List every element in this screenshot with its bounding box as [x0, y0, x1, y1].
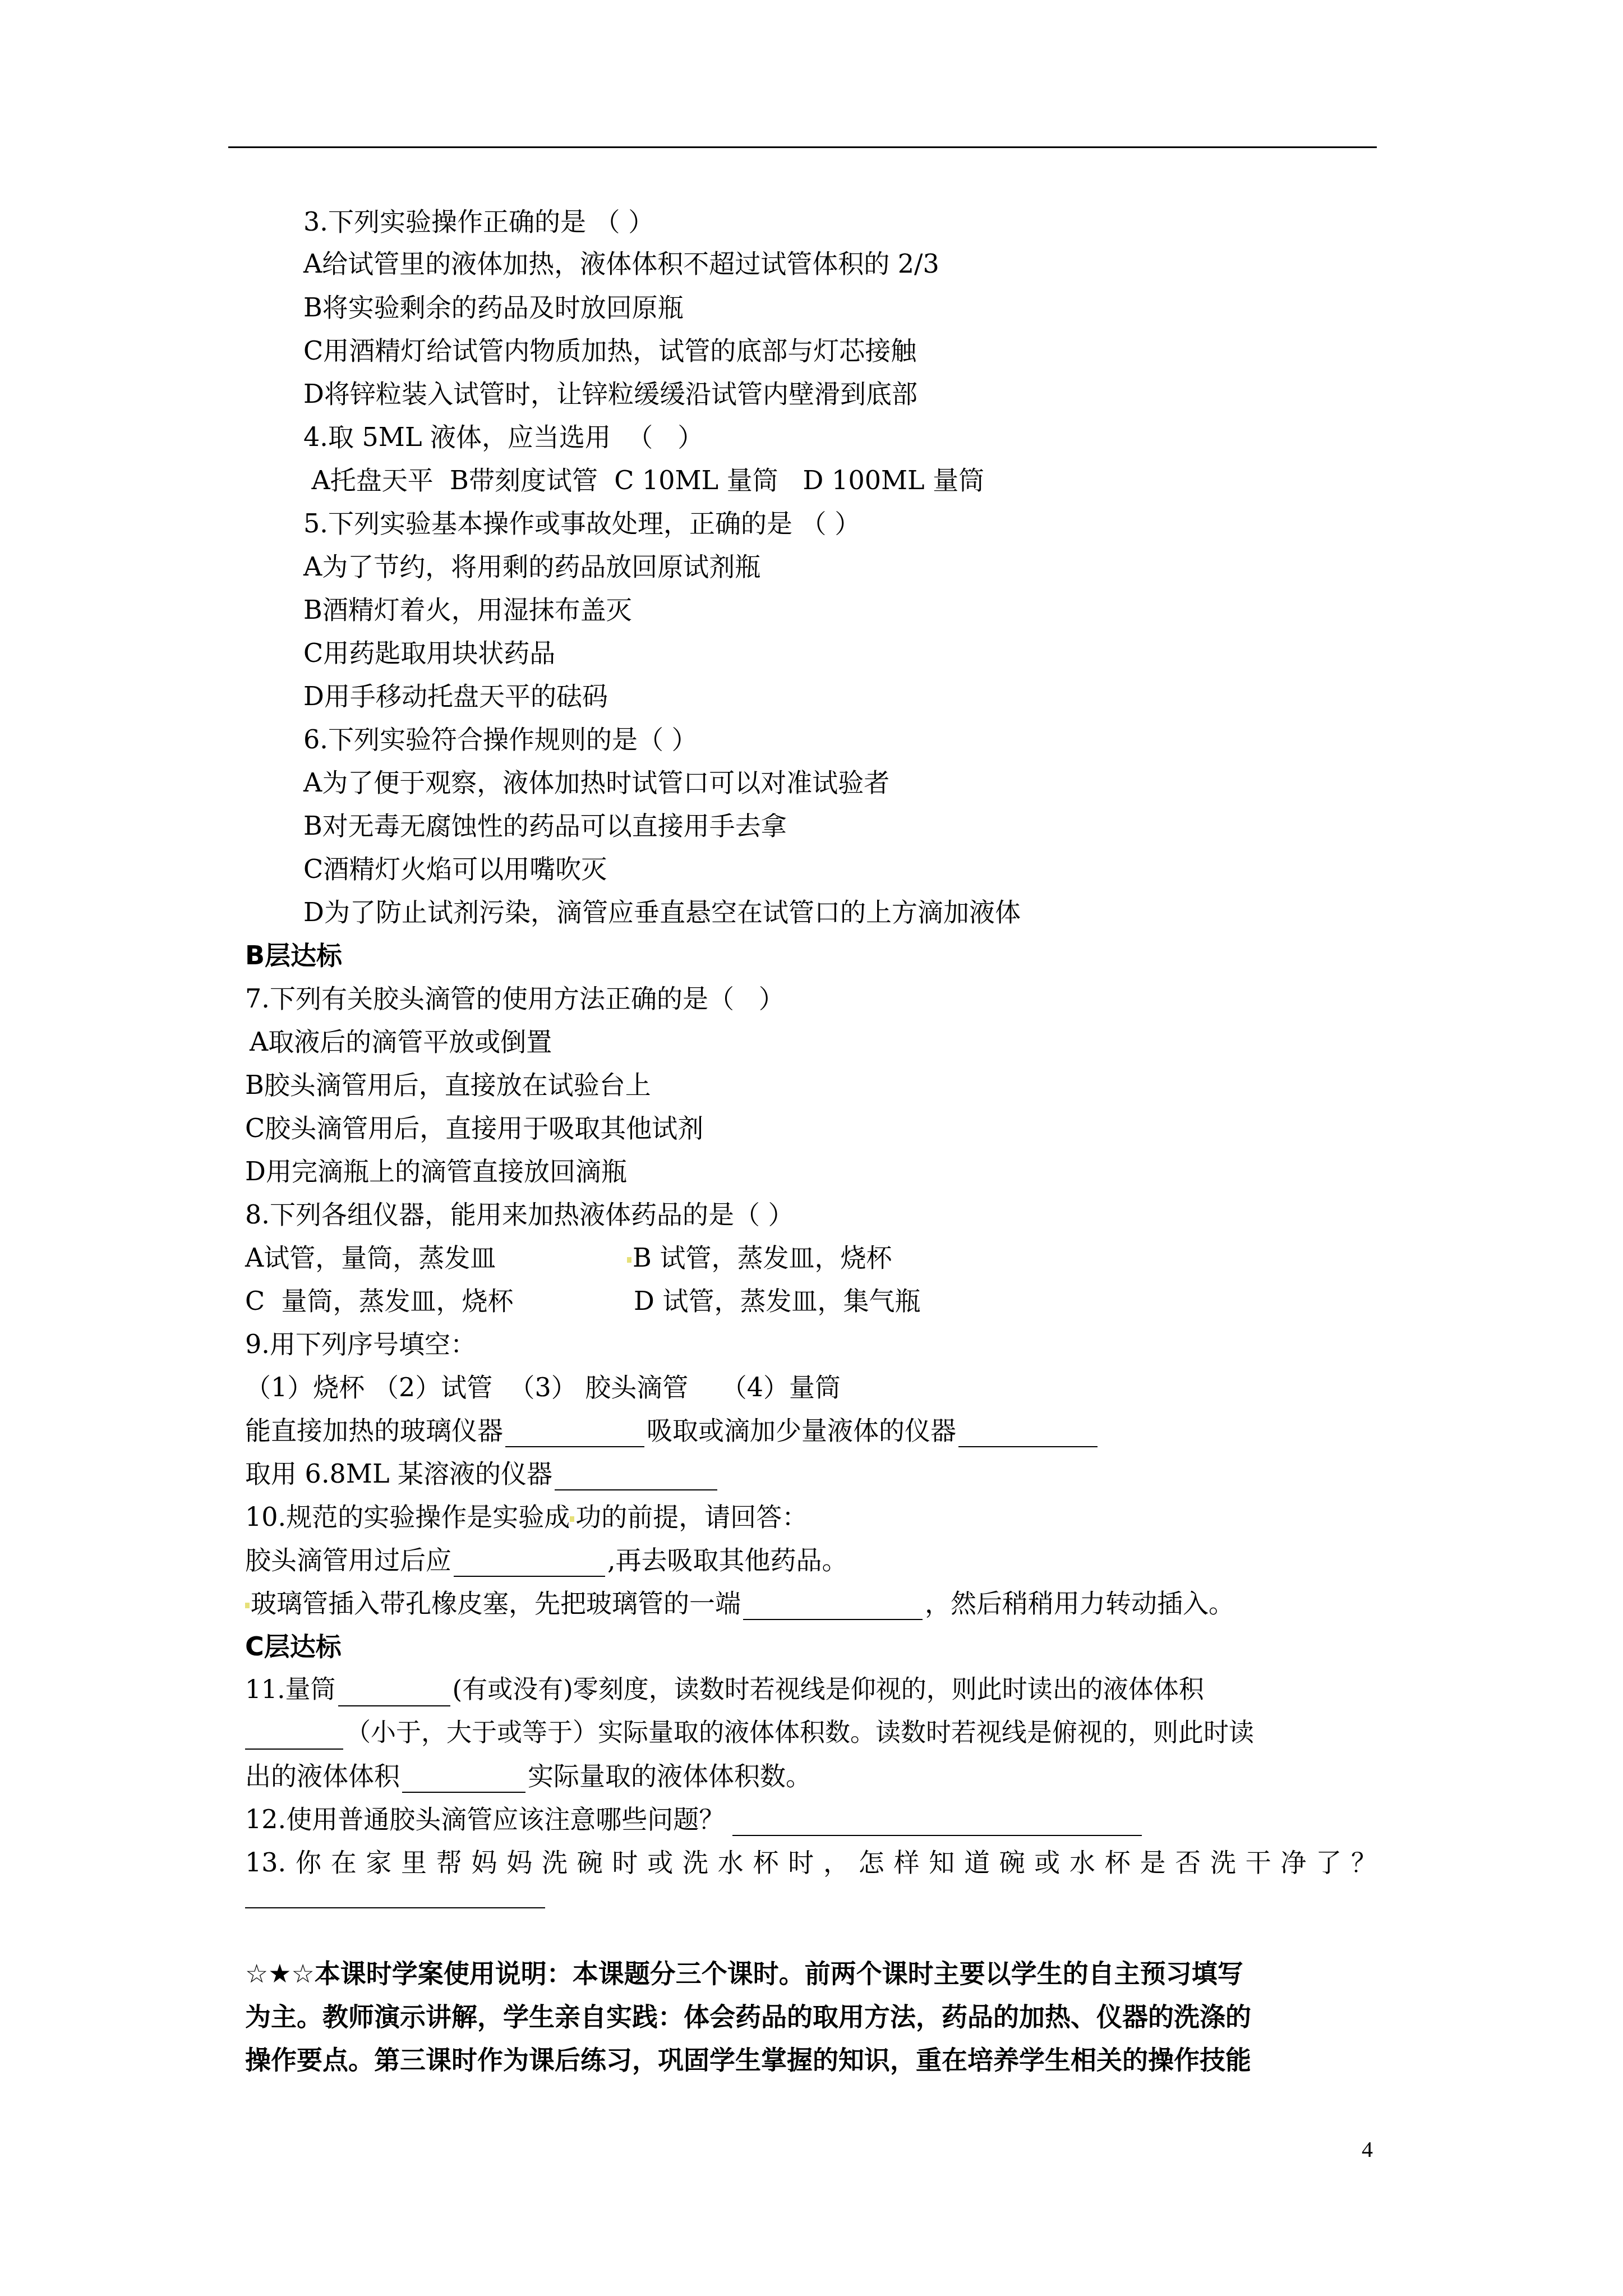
q10-stem-part-b: 功的前提，请回答：	[575, 1502, 808, 1532]
question-9-line-1: 能直接加热的玻璃仪器吸取或滴加少量液体的仪器	[245, 1414, 1100, 1447]
question-8-option-c: C 量筒，蒸发皿，烧杯	[245, 1284, 513, 1318]
answer-blank[interactable]	[732, 1810, 1142, 1836]
comment-marker-icon	[570, 1516, 574, 1522]
question-7-option-c: C胶头滴管用后，直接用于吸取其他试剂	[245, 1111, 703, 1145]
q10-prompt-a: 胶头滴管用过后应	[245, 1545, 451, 1575]
q9-prompt-dropper: 吸取或滴加少量液体的仪器	[647, 1415, 956, 1446]
question-3-option-b: B将实验剩余的药品及时放回原瓶	[303, 291, 684, 324]
section-heading-b: B层达标	[245, 938, 342, 972]
q10-prompt-c: 玻璃管插入带孔橡皮塞，先把玻璃管的一端	[251, 1588, 741, 1618]
q11-text-b: (有或没有)零刻度，读数时若视线是仰视的，则此时读出的液体体积	[453, 1674, 1204, 1704]
q11-text-e: 实际量取的液体体积数。	[528, 1761, 811, 1791]
question-10-line-1: 胶头滴管用过后应,再去吸取其他药品。	[245, 1543, 848, 1577]
question-7-option-b: B胶头滴管用后，直接放在试验台上	[245, 1068, 651, 1102]
question-4-options: A托盘天平 B带刻度试管 C 10ML 量筒 D 100ML 量筒	[303, 463, 984, 497]
answer-blank[interactable]	[402, 1767, 525, 1793]
question-13-stem: 13.你在家里帮妈妈洗碗时或洗水杯时，怎样知道碗或水杯是否洗干净了？	[245, 1846, 1377, 1879]
q12-stem: 12.使用普通胶头滴管应该注意哪些问题？	[245, 1804, 725, 1834]
answer-blank[interactable]	[555, 1465, 717, 1490]
comment-marker-icon	[627, 1257, 631, 1263]
question-5-option-c: C用药匙取用块状药品	[303, 636, 555, 670]
q9-prompt-measure: 取用 6.8ML 某溶液的仪器	[245, 1458, 552, 1489]
question-8-option-b: B 试管，蒸发皿，烧杯	[627, 1241, 892, 1274]
usage-note-line-3: 操作要点。第三课时作为课后练习，巩固学生掌握的知识，重在培养学生相关的操作技能	[245, 2043, 1251, 2077]
question-6-option-c: C酒精灯火焰可以用嘴吹灭	[303, 852, 607, 886]
q10-prompt-d: ，然后稍稍用力转动插入。	[925, 1588, 1234, 1618]
answer-blank[interactable]	[338, 1681, 450, 1706]
answer-blank[interactable]	[958, 1421, 1098, 1447]
question-7-option-d: D用完滴瓶上的滴管直接放回滴瓶	[245, 1154, 627, 1188]
q11-text-a: 11.量筒	[245, 1674, 336, 1704]
question-6-option-b: B对无毒无腐蚀性的药品可以直接用手去拿	[303, 809, 787, 843]
section-heading-c: C层达标	[245, 1630, 342, 1663]
question-9-stem: 9.用下列序号填空：	[245, 1327, 476, 1361]
q11-text-d: 出的液体体积	[245, 1761, 400, 1791]
answer-blank[interactable]	[245, 1724, 343, 1750]
question-6-option-d: D为了防止试剂污染，滴管应垂直悬空在试管口的上方滴加液体	[303, 895, 1021, 929]
header-rule	[228, 146, 1377, 148]
question-12: 12.使用普通胶头滴管应该注意哪些问题？	[245, 1802, 1144, 1836]
question-5-option-a: A为了节约，将用剩的药品放回原试剂瓶	[303, 550, 760, 583]
question-5-option-b: B酒精灯着火，用湿抹布盖灭	[303, 593, 632, 627]
q10-stem-part-a: 10.规范的实验操作是实验成	[245, 1502, 570, 1532]
question-7-stem: 7.下列有关胶头滴管的使用方法正确的是（ ）	[245, 982, 785, 1015]
q9-prompt-heatable: 能直接加热的玻璃仪器	[245, 1415, 503, 1446]
question-7-option-a: A取液后的滴管平放或倒置	[250, 1025, 552, 1059]
question-8-option-a: A试管，量筒，蒸发皿	[245, 1241, 496, 1274]
comment-marker-icon	[245, 1603, 250, 1608]
answer-blank[interactable]	[245, 1907, 545, 1908]
question-10-line-2: 玻璃管插入带孔橡皮塞，先把玻璃管的一端，然后稍稍用力转动插入。	[245, 1586, 1234, 1620]
q10-prompt-b: ,再去吸取其他药品。	[607, 1545, 848, 1575]
question-3-option-c: C用酒精灯给试管内物质加热，试管的底部与灯芯接触	[303, 334, 916, 367]
question-6-stem: 6.下列实验符合操作规则的是（ ）	[303, 723, 698, 756]
page-number: 4	[1362, 2136, 1373, 2162]
question-9-items: （1）烧杯 （2）试管 （3） 胶头滴管 （4）量筒	[245, 1370, 841, 1404]
question-3-stem: 3.下列实验操作正确的是 （ ）	[303, 205, 654, 238]
question-11-line-2: （小于，大于或等于）实际量取的液体体积数。读数时若视线是俯视的，则此时读	[245, 1716, 1254, 1750]
question-5-stem: 5.下列实验基本操作或事故处理，正确的是 （ ）	[303, 507, 860, 540]
question-8-option-d: D 试管，蒸发皿，集气瓶	[634, 1284, 921, 1318]
answer-blank[interactable]	[505, 1421, 644, 1447]
question-8-stem: 8.下列各组仪器，能用来加热液体药品的是（ ）	[245, 1198, 794, 1231]
question-3-option-a: A给试管里的液体加热，液体体积不超过试管体积的 2/3	[303, 247, 939, 280]
question-5-option-d: D用手移动托盘天平的砝码	[303, 679, 608, 713]
usage-note-line-2: 为主。教师演示讲解，学生亲自实践：体会药品的取用方法，药品的加热、仪器的洗涤的	[245, 2000, 1251, 2033]
question-10-stem: 10.规范的实验操作是实验成功的前提，请回答：	[245, 1500, 808, 1534]
question-6-option-a: A为了便于观察，液体加热时试管口可以对准试验者	[303, 766, 889, 799]
answer-blank[interactable]	[743, 1594, 923, 1620]
question-4-stem: 4.取 5ML 液体，应当选用 （ ）	[303, 420, 703, 454]
question-11-line-3: 出的液体体积实际量取的液体体积数。	[245, 1759, 811, 1793]
question-11-line-1: 11.量筒(有或没有)零刻度，读数时若视线是仰视的，则此时读出的液体体积	[245, 1673, 1204, 1706]
question-8-option-b-text: B 试管，蒸发皿，烧杯	[633, 1243, 892, 1273]
question-3-option-d: D将锌粒装入试管时，让锌粒缓缓沿试管内壁滑到底部	[303, 377, 917, 411]
question-9-line-2: 取用 6.8ML 某溶液的仪器	[245, 1457, 720, 1490]
q11-text-c: （小于，大于或等于）实际量取的液体体积数。读数时若视线是俯视的，则此时读	[345, 1718, 1254, 1747]
answer-blank[interactable]	[454, 1551, 605, 1577]
usage-note-line-1: ☆★☆本课时学案使用说明：本课题分三个课时。前两个课时主要以学生的自主预习填写	[245, 1957, 1243, 1990]
